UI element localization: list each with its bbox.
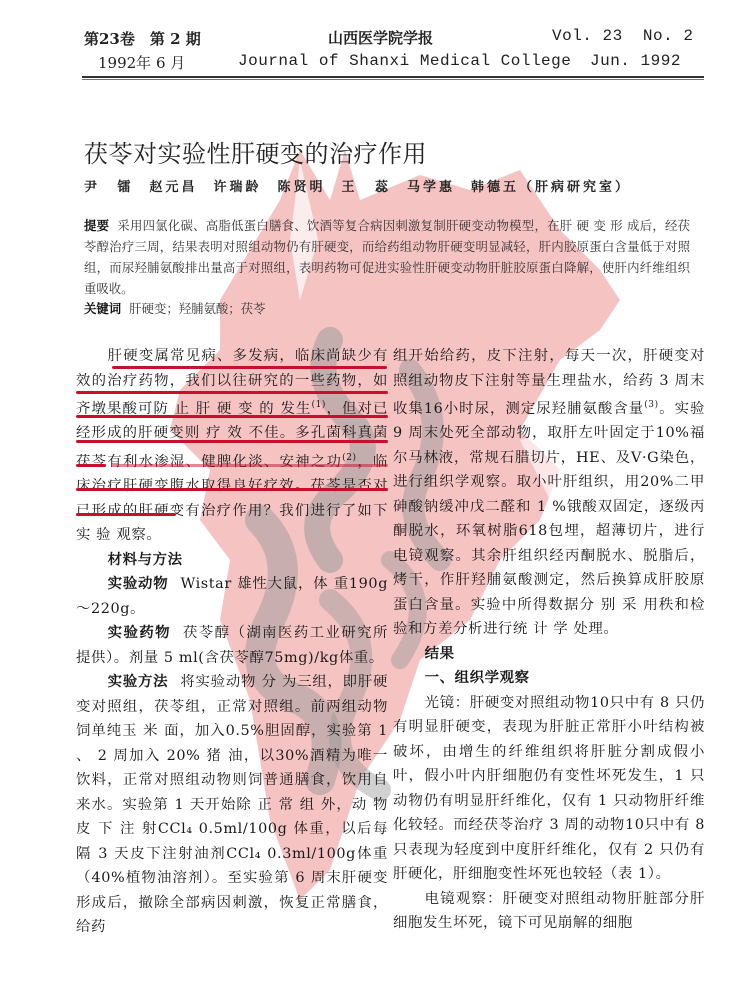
left-column: 肝硬变属常见病、多发病，临床尚缺少有效的治疗药物，我们以往研究的一些药物，如齐墩… xyxy=(76,344,388,940)
light-microscopy-label: 光镜： xyxy=(425,695,470,711)
highlight-underline xyxy=(76,488,388,491)
reference-1[interactable]: (1) xyxy=(311,400,326,410)
abstract-text: 采用四氯化碳、高脂低蛋白膳食、饮酒等复合病因刺激复制肝硬变动物模型，在肝 硬 变… xyxy=(84,218,690,296)
right-column: 组开始给药，皮下注射，每天一次，肝硬变对照组动物皮下注射等量生理盐水，给药 3 … xyxy=(393,344,705,936)
highlight-underline xyxy=(76,513,176,516)
highlight-underline xyxy=(112,366,387,369)
abstract-label: 提要 xyxy=(84,218,109,233)
subsection-heading-histology: 一、组织学观察 xyxy=(393,666,705,691)
electron-microscopy-paragraph: 电镜观察：肝硬变对照组动物肝脏部分肝细胞发生坏死，镜下可见崩解的细胞 xyxy=(393,887,705,936)
journal-name-en: Journal of Shanxi Medical College xyxy=(238,52,571,70)
header-rule xyxy=(82,76,704,78)
intro-paragraph: 肝硬变属常见病、多发病，临床尚缺少有效的治疗药物，我们以往研究的一些药物，如齐墩… xyxy=(76,344,388,548)
animals-label: 实验动物 xyxy=(108,576,169,592)
highlight-underline xyxy=(76,440,388,443)
electron-microscopy-label: 电镜观察： xyxy=(425,891,503,907)
section-heading-methods: 材料与方法 xyxy=(76,548,388,573)
abstract: 提要采用四氯化碳、高脂低蛋白膳食、饮酒等复合病因刺激复制肝硬变动物模型，在肝 硬… xyxy=(84,215,690,299)
method-label: 实验方法 xyxy=(108,674,169,690)
drug-label: 实验药物 xyxy=(108,625,171,641)
article-title: 茯苓对实验性肝硬变的治疗作用 xyxy=(84,134,427,169)
header-rule-thin xyxy=(82,79,704,80)
keywords-label: 关键词 xyxy=(84,301,121,316)
highlight-underline xyxy=(76,391,388,394)
section-heading-results: 结果 xyxy=(393,642,705,667)
method-continued-paragraph: 组开始给药，皮下注射，每天一次，肝硬变对照组动物皮下注射等量生理盐水，给药 3 … xyxy=(393,344,705,642)
reference-3[interactable]: (3) xyxy=(644,400,659,410)
volume-issue-en: Vol. 23 No. 2 xyxy=(552,27,693,45)
keywords-text: 肝硬变；羟脯氨酸；茯苓 xyxy=(129,301,265,316)
date-cn: 1992年 6 月 xyxy=(98,52,185,73)
drug-paragraph: 实验药物茯苓醇（湖南医药工业研究所提供）。剂量 5 ml(含茯苓醇75mg)/k… xyxy=(76,621,388,670)
keywords: 关键词肝硬变；羟脯氨酸；茯苓 xyxy=(84,299,265,317)
animals-paragraph: 实验动物Wistar 雄性大鼠，体 重190g～220g。 xyxy=(76,572,388,621)
light-microscopy-paragraph: 光镜：肝硬变对照组动物10只中有 8 只仍有明显肝硬变，表现为肝脏正常肝小叶结构… xyxy=(393,691,705,887)
reference-2[interactable]: (2) xyxy=(342,453,357,463)
date-en: Jun. 1992 xyxy=(590,52,681,70)
highlight-underline xyxy=(76,415,388,418)
volume-issue-cn: 第23卷 第 2 期 xyxy=(84,28,201,49)
article-authors: 尹 镭 赵元昌 许瑞龄 陈贤明 王 蕊 马学惠 韩德五（肝病研究室） xyxy=(84,176,631,195)
journal-name-cn: 山西医学院学报 xyxy=(328,27,433,48)
highlight-underline xyxy=(76,464,106,467)
method-paragraph: 实验方法将实验动物 分 为三组，即肝硬变对照组，茯苓组，正常对照组。前两组动物饲… xyxy=(76,670,388,940)
highlight-underline xyxy=(112,464,388,467)
